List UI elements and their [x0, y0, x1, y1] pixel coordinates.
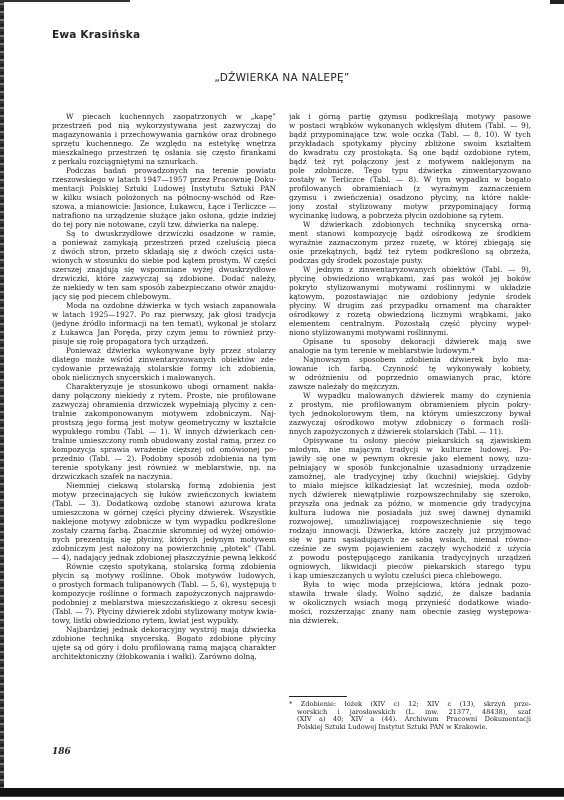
text-line: stawiła trwałe ślady. Wolno sądzić, że d…: [289, 589, 531, 598]
text-line: o prostych formach tulipanowych (Tabl. —…: [52, 580, 276, 589]
text-line: mieszkalnego przestrzeń tę osłania się c…: [52, 148, 276, 157]
text-line: Podczas badań prowadzonych na terenie po…: [52, 166, 276, 175]
text-line: zamożnej, ale tradycyjnej izby (kuchni) …: [289, 472, 531, 481]
text-line: rzeszowskiego w latach 1947—1957 przez P…: [52, 175, 276, 184]
text-line: ujęte są od góry i dołu profilowaną ramą…: [52, 643, 276, 652]
text-line: dlatego może wśród zinwentaryzowanych ob…: [52, 355, 276, 364]
text-line: Polskiej Sztuki Ludowej Instytut Sztuki …: [289, 724, 531, 732]
text-line: tych jednokolorowym tłem, na którym umie…: [289, 409, 531, 418]
text-line: szerszej znajdują się wspomniane wyżej d…: [52, 265, 276, 274]
text-line: rodzaju innowacji. Dźwierka, które zaczę…: [289, 526, 531, 535]
text-line: ment stanowi kompozycję bądź ośrodkową z…: [289, 229, 531, 238]
text-line: że niekiedy w ten sam sposób zabezpiecza…: [52, 283, 276, 292]
text-line: (Tabl. — 3). Dodatkową ozdobę stanowi aż…: [52, 499, 276, 508]
text-line: (jedyne źródło informacji na ten temat),…: [52, 319, 276, 328]
scan-edge-bottom-strip: [0, 796, 564, 800]
text-line: płyciny. W drugim zaś przypadku ornament…: [289, 301, 531, 310]
text-line: profilowanych obramieniach (z wyraźnym z…: [289, 184, 531, 193]
text-line: zazwyczaj ośrodkowo motyw zdobniczy o fo…: [289, 418, 531, 427]
text-line: Moda na ozdobne dźwierka w tych wsiach z…: [52, 301, 276, 310]
text-line: natrafiono na urządzenie służące jako os…: [52, 211, 276, 220]
text-line: jony został stylizowany motyw przypomina…: [289, 202, 531, 211]
text-line: Najnowszym sposobem zdobienia dźwierek b…: [289, 355, 531, 364]
text-line: worskich i jarosławskich (L. inw. 21377,…: [289, 709, 531, 717]
page-number: 186: [52, 747, 71, 757]
text-line: kompozycja sprawia wrażenie cięższej od …: [52, 445, 276, 454]
text-line: Charakteryzuje je stosunkowo ubogi ornam…: [52, 382, 276, 391]
text-line: Najbardziej jednak dekoracyjny wystrój m…: [52, 625, 276, 634]
text-line: motyw przecinających się łuków zwieńczon…: [52, 490, 276, 499]
text-line: kompozycje roślinne o formach zapożyczon…: [52, 589, 276, 598]
text-line: Niemniej ciekawą stolarską formą zdobien…: [52, 481, 276, 490]
text-line: w kilku wsiach położonych na północny-ws…: [52, 193, 276, 202]
text-line: się w paru sąsiadujących ze sobą wsiach,…: [289, 535, 531, 544]
text-line: w odróżnieniu od poprzednio omawianych p…: [289, 373, 531, 382]
text-line: w postaci wrąbków wykonanych wklęsłym dł…: [289, 121, 531, 130]
text-line: drzwiczkach szafek na naczynia.: [52, 472, 276, 481]
text-line: jak i górną partię gzymsu podkreślają mo…: [289, 112, 531, 121]
text-line: Opisywane tu osłony pieców piekarskich s…: [289, 436, 531, 445]
text-line: przednio (Tabl. — 2). Podobny sposób zdo…: [52, 454, 276, 463]
text-line: W wypadku malowanych dźwierek mamy do cz…: [289, 391, 531, 400]
text-line: w okolicznych wsiach mogą przynieść doda…: [289, 598, 531, 607]
footnote-divider: [289, 696, 347, 697]
text-line: niono stylizowanymi motywami roślinnymi.: [289, 328, 531, 337]
left-column: W piecach kuchennych zaopatrzonych w „ka…: [52, 112, 276, 661]
text-line: zostały czarną farbą. Znacznie skromniej…: [52, 526, 276, 535]
text-line: (Tabl. — 7). Płyciny dźwierek zdobi styl…: [52, 607, 276, 616]
text-line: wycinankę ludową, a pobrzeża płycin ozdo…: [289, 211, 531, 220]
text-line: pisuje się rolę propagatora tych urządze…: [52, 337, 276, 346]
text-line: zdobione techniką snycerską. Bogato zdob…: [52, 634, 276, 643]
text-line: towy, listki obwiedziono rytem, kwiat je…: [52, 616, 276, 625]
text-line: naklejone motywy zdobnicze w tym wypadku…: [52, 517, 276, 526]
text-line: mentacji Polskiej Sztuki Ludowej Instytu…: [52, 184, 276, 193]
text-line: a ponieważ zamykają przestrzeń przed cze…: [52, 238, 276, 247]
text-line: * Zdobienie: łóżek (XIV c) 12; XIV c (13…: [289, 701, 531, 709]
text-line: nnych zapożyczonych z dźwierek stolarski…: [289, 427, 531, 436]
text-line: przyszła ona jednak za późno, w momencie…: [289, 499, 531, 508]
text-line: Są to dwuskrzydłowe drzwiczki osadzone w…: [52, 229, 276, 238]
text-line: kultura ludowa nie posiadała już swej da…: [289, 508, 531, 517]
text-line: z dwóch stron, przeto składają się z dwó…: [52, 247, 276, 256]
text-line: zazwyczaj obramienia drzwiczek wypełniaj…: [52, 400, 276, 409]
footnote: * Zdobienie: łóżek (XIV c) 12; XIV c (13…: [289, 701, 531, 731]
text-line: tralnie zakomponowanym motywem zdobniczy…: [52, 409, 276, 418]
text-line: płycinę obwiedziono wrąbkami, zaś pas wo…: [289, 274, 531, 283]
text-line: drzwiczki, które zazwyczaj są zdobione. …: [52, 274, 276, 283]
text-line: kątowym, pozostawiając nie ozdobiony jed…: [289, 292, 531, 301]
text-line: zostały w Terliczce (Tabl. — 8). W tym w…: [289, 175, 531, 184]
text-line: Ponieważ dźwierka wykonywane były przez …: [52, 346, 276, 355]
text-line: — 4), nadający jednak zdobionej płaszczy…: [52, 553, 276, 562]
text-line: sprzętu kuchennego. Ze względu na estety…: [52, 139, 276, 148]
text-line: pokryto stylizowanymi motywami roślinnym…: [289, 283, 531, 292]
text-line: pole zdobnicze. Tego typu dźwierka zinwe…: [289, 166, 531, 175]
text-line: jawiły się one w pewnym okresie jako ele…: [289, 454, 531, 463]
text-line: z prostym, nie profilowanym obramieniem …: [289, 400, 531, 409]
author-name: Ewa Krasińska: [52, 29, 140, 41]
text-line: elementem centralnym. Pozostałą część pł…: [289, 319, 531, 328]
text-line: rozwojowej, umożliwiającej rozpowszechni…: [289, 517, 531, 526]
scan-edge-top-right: [550, 0, 564, 4]
text-line: pełniający w sposób funkcjonalnie uzasad…: [289, 463, 531, 472]
text-line: płycin są motywy roślinne. Obok motywów …: [52, 571, 276, 580]
right-column: jak i górną partię gzymsu podkreślają mo…: [289, 112, 531, 625]
text-line: magazynowania i przechowywania garnków o…: [52, 130, 276, 139]
text-line: Była to więc moda przejściowa, która jed…: [289, 580, 531, 589]
scan-edge-left: [0, 0, 4, 795]
text-line: cześnie ze swym pojawieniem zaczęły wych…: [289, 544, 531, 553]
article-title: „DŹWIERKA NA NALEPĘ”: [0, 72, 564, 84]
text-line: obok nielicznych snycerskich i malowanyc…: [52, 373, 276, 382]
text-line: prostszą jego formą jest motyw geometryc…: [52, 418, 276, 427]
text-line: nia dźwierek.: [289, 616, 531, 625]
text-line: osie przekątnych, bądź też rytem podkreś…: [289, 247, 531, 256]
text-line: wypukłego rombu (Tabl. — 1). W innych dź…: [52, 427, 276, 436]
text-line: tralnie umieszczony romb obudowany zosta…: [52, 436, 276, 445]
text-line: analogie na tym terenie w meblarstwie lu…: [289, 346, 531, 355]
text-line: Opisane tu sposoby dekoracji dźwierek ma…: [289, 337, 531, 346]
text-line: lowanie ich farbą. Czynność tę wykonywał…: [289, 364, 531, 373]
text-line: dany połączony niekiedy z rytem. Proste,…: [52, 391, 276, 400]
text-line: zawsze należały do mężczyzn.: [289, 382, 531, 391]
text-line: bądź też ryt połączony jest z motywem na…: [289, 157, 531, 166]
text-line: gzymsu i zwieńczenia) osadzono płyciny, …: [289, 193, 531, 202]
text-line: nych dźwierek niewątpliwie rozpowszechni…: [289, 490, 531, 499]
text-line: nych prezentują się płyciny, których jed…: [52, 535, 276, 544]
text-line: w latach 1925—1927. Po raz pierwszy, jak…: [52, 310, 276, 319]
text-line: podobniej z meblarstwa mieszczańskiego z…: [52, 598, 276, 607]
text-line: do tej pory nie notowane, czyli tzw. dźw…: [52, 220, 276, 229]
text-line: architektoniczny (żłobkowania i wałki). …: [52, 652, 276, 661]
text-line: jący się pod piecem chlebowym.: [52, 292, 276, 301]
scan-edge-bottom: [0, 788, 564, 796]
text-line: wyraźnie zaznaczonym przez rozetę, w któ…: [289, 238, 531, 247]
scan-edge-top: [0, 0, 130, 2]
text-line: (XIV a) 40; XIV a (44). Archiwum Pracown…: [289, 716, 531, 724]
text-line: z perkalu rozciągniętymi na sznurkach.: [52, 157, 276, 166]
text-line: podczas gdy środek pozostaje pusty.: [289, 256, 531, 265]
text-line: to miało miejsce kilkadziesiąt lat wcześ…: [289, 481, 531, 490]
text-line: zdobniczym jest nałożony na powierzchnię…: [52, 544, 276, 553]
text-line: przestrzeń pod nią wykorzystywana jest z…: [52, 121, 276, 130]
text-line: z Łukawca Jan Poręda, przy czym jemu to …: [52, 328, 276, 337]
text-line: cydowanie przeważają stolarskie formy ic…: [52, 364, 276, 373]
text-line: umieszczona w górnej części płyciny dźwi…: [52, 508, 276, 517]
text-line: Równie często spotykaną, stolarską formą…: [52, 562, 276, 571]
text-line: wionych w stosunku do siebie pod kątem p…: [52, 256, 276, 265]
text-line: terenie spotykany jest również w meblars…: [52, 463, 276, 472]
text-line: przykładach spotykamy płyciny zbliżone s…: [289, 139, 531, 148]
text-line: ośrodkowy z rozetą obwiedzioną licznymi …: [289, 310, 531, 319]
text-line: szowa, a mianowicie: Jasionce, Łukawcu, …: [52, 202, 276, 211]
text-line: ogniowych, likwidacji pieców piekarskich…: [289, 562, 531, 571]
text-line: W dźwierkach zdobionych techniką snycers…: [289, 220, 531, 229]
text-line: młodym, nie mającym tradycji w kulturze …: [289, 445, 531, 454]
text-line: do kwadratu czy prostokąta. Są one bądź …: [289, 148, 531, 157]
text-line: z powodu postępującego zanikania tradycy…: [289, 553, 531, 562]
text-line: W jednym z zinwentaryzowanych obiektów (…: [289, 265, 531, 274]
text-line: bądź przypominające tzw. wole oczka (Tab…: [289, 130, 531, 139]
text-line: mości, rozszerzając znany nam obecnie za…: [289, 607, 531, 616]
text-line: W piecach kuchennych zaopatrzonych w „ka…: [52, 112, 276, 121]
text-line: i kap umieszczanych u wylotu czeluści pi…: [289, 571, 531, 580]
